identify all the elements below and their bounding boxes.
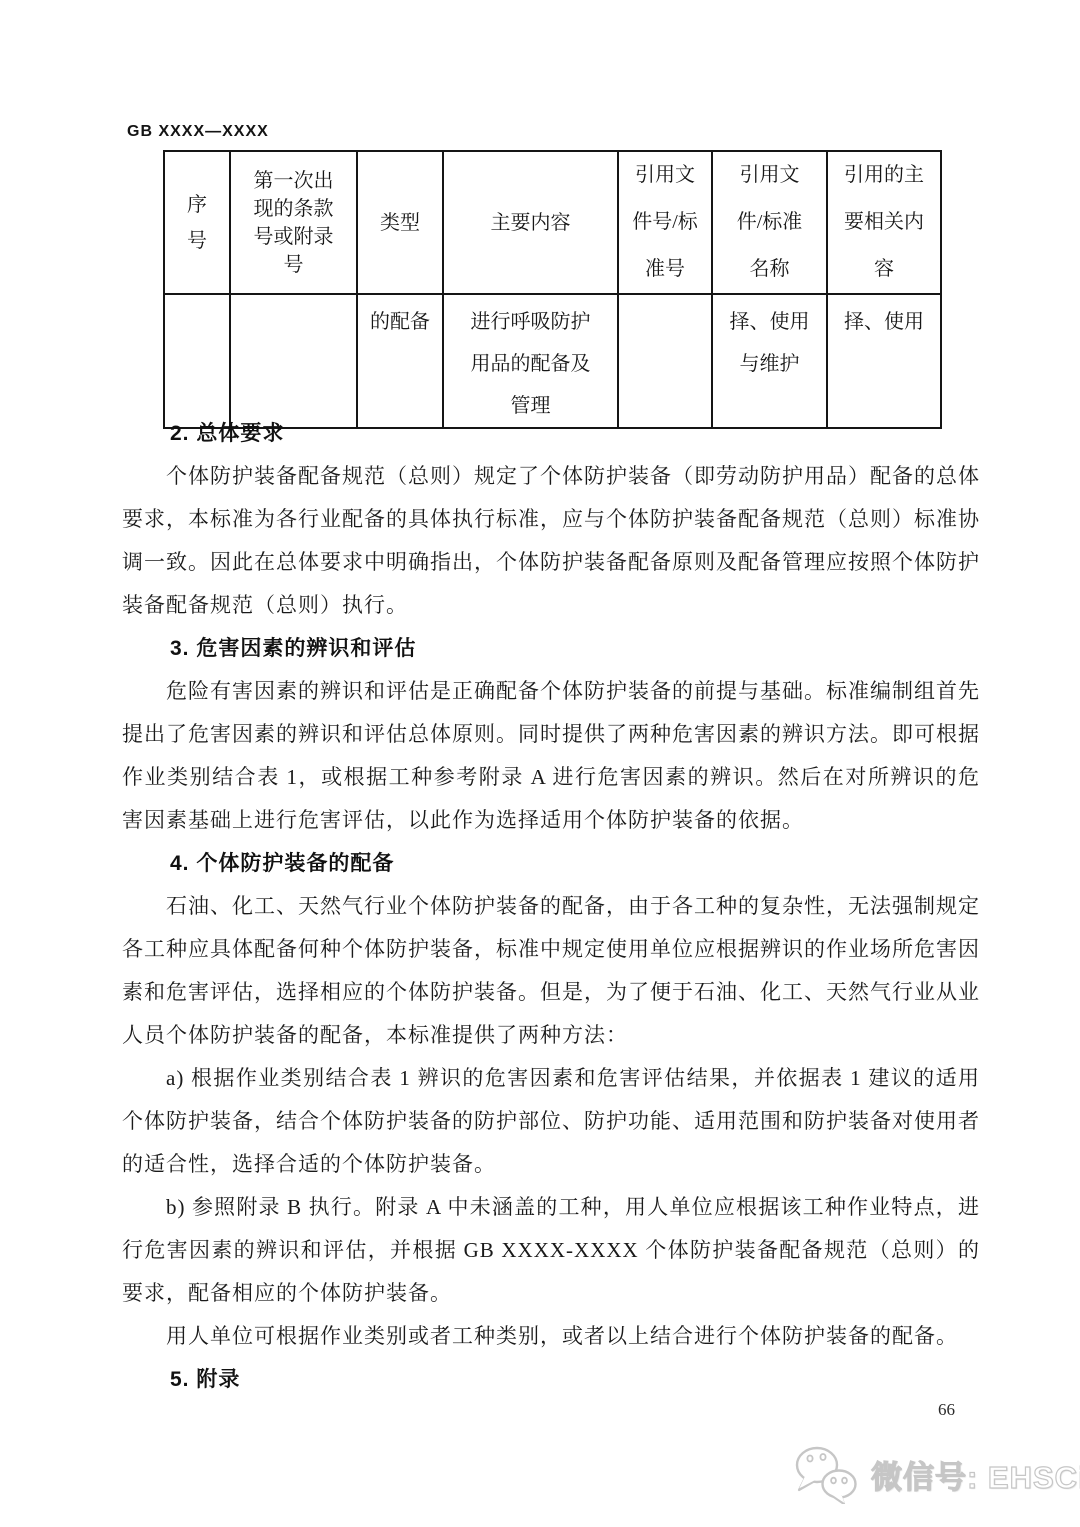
table-header-cell: 第一次出现的条款号或附录号 (230, 151, 357, 294)
section-heading-5: 5. 附录 (122, 1358, 980, 1401)
table-cell: 进行呼吸防护用品的配备及管理 (443, 294, 618, 428)
section-heading-2: 2. 总体要求 (122, 412, 980, 455)
table-header-cell: 引用文件号/标准号 (618, 151, 712, 294)
table-header-cell: 类型 (357, 151, 443, 294)
list-item-b: b) 参照附录 B 执行。附录 A 中未涵盖的工种，用人单位应根据该工种作业特点… (122, 1186, 980, 1315)
paragraph-employer-choice: 用人单位可根据作业类别或者工种类别，或者以上结合进行个体防护装备的配备。 (122, 1315, 980, 1358)
list-item-a: a) 根据作业类别结合表 1 辨识的危害因素和危害评估结果，并依据表 1 建议的… (122, 1057, 980, 1186)
table-cell (618, 294, 712, 428)
paragraph-ppe-provision: 石油、化工、天然气行业个体防护装备的配备，由于各工种的复杂性，无法强制规定各工种… (122, 885, 980, 1057)
table-cell (230, 294, 357, 428)
table-cell (164, 294, 230, 428)
document-body: 2. 总体要求 个体防护装备配备规范（总则）规定了个体防护装备（即劳动防护用品）… (122, 412, 980, 1401)
watermark-text: 微信号: EHSCity (871, 1452, 1080, 1497)
table-header-cell: 主要内容 (443, 151, 618, 294)
watermark: 微信号: EHSCity (793, 1444, 1080, 1504)
paragraph-overall-requirements: 个体防护装备配备规范（总则）规定了个体防护装备（即劳动防护用品）配备的总体要求，… (122, 455, 980, 627)
table-cell: 的配备 (357, 294, 443, 428)
table-header-cell: 序号 (164, 151, 230, 294)
paragraph-hazard-identification: 危险有害因素的辨识和评估是正确配备个体防护装备的前提与基础。标准编制组首先提出了… (122, 670, 980, 842)
document-page: GB XXXX—XXXX 序号 第一次出现的条款号或附录号 类型 主要内容 引用… (0, 0, 1080, 1527)
table-header-row: 序号 第一次出现的条款号或附录号 类型 主要内容 引用文件号/标准号 引用文件/… (164, 151, 941, 294)
table-header-cell: 引用文件/标准名称 (712, 151, 827, 294)
doc-code: GB XXXX—XXXX (127, 123, 269, 141)
table-cell: 择、使用与维护 (712, 294, 827, 428)
table-cell: 择、使用 (827, 294, 941, 428)
section-heading-3: 3. 危害因素的辨识和评估 (122, 627, 980, 670)
page-number: 66 (938, 1400, 955, 1420)
wechat-icon (793, 1444, 859, 1504)
table-row: 的配备 进行呼吸防护用品的配备及管理 择、使用与维护 择、使用 (164, 294, 941, 428)
table-header-cell: 引用的主要相关内容 (827, 151, 941, 294)
section-heading-4: 4. 个体防护装备的配备 (122, 842, 980, 885)
references-table: 序号 第一次出现的条款号或附录号 类型 主要内容 引用文件号/标准号 引用文件/… (163, 150, 942, 429)
